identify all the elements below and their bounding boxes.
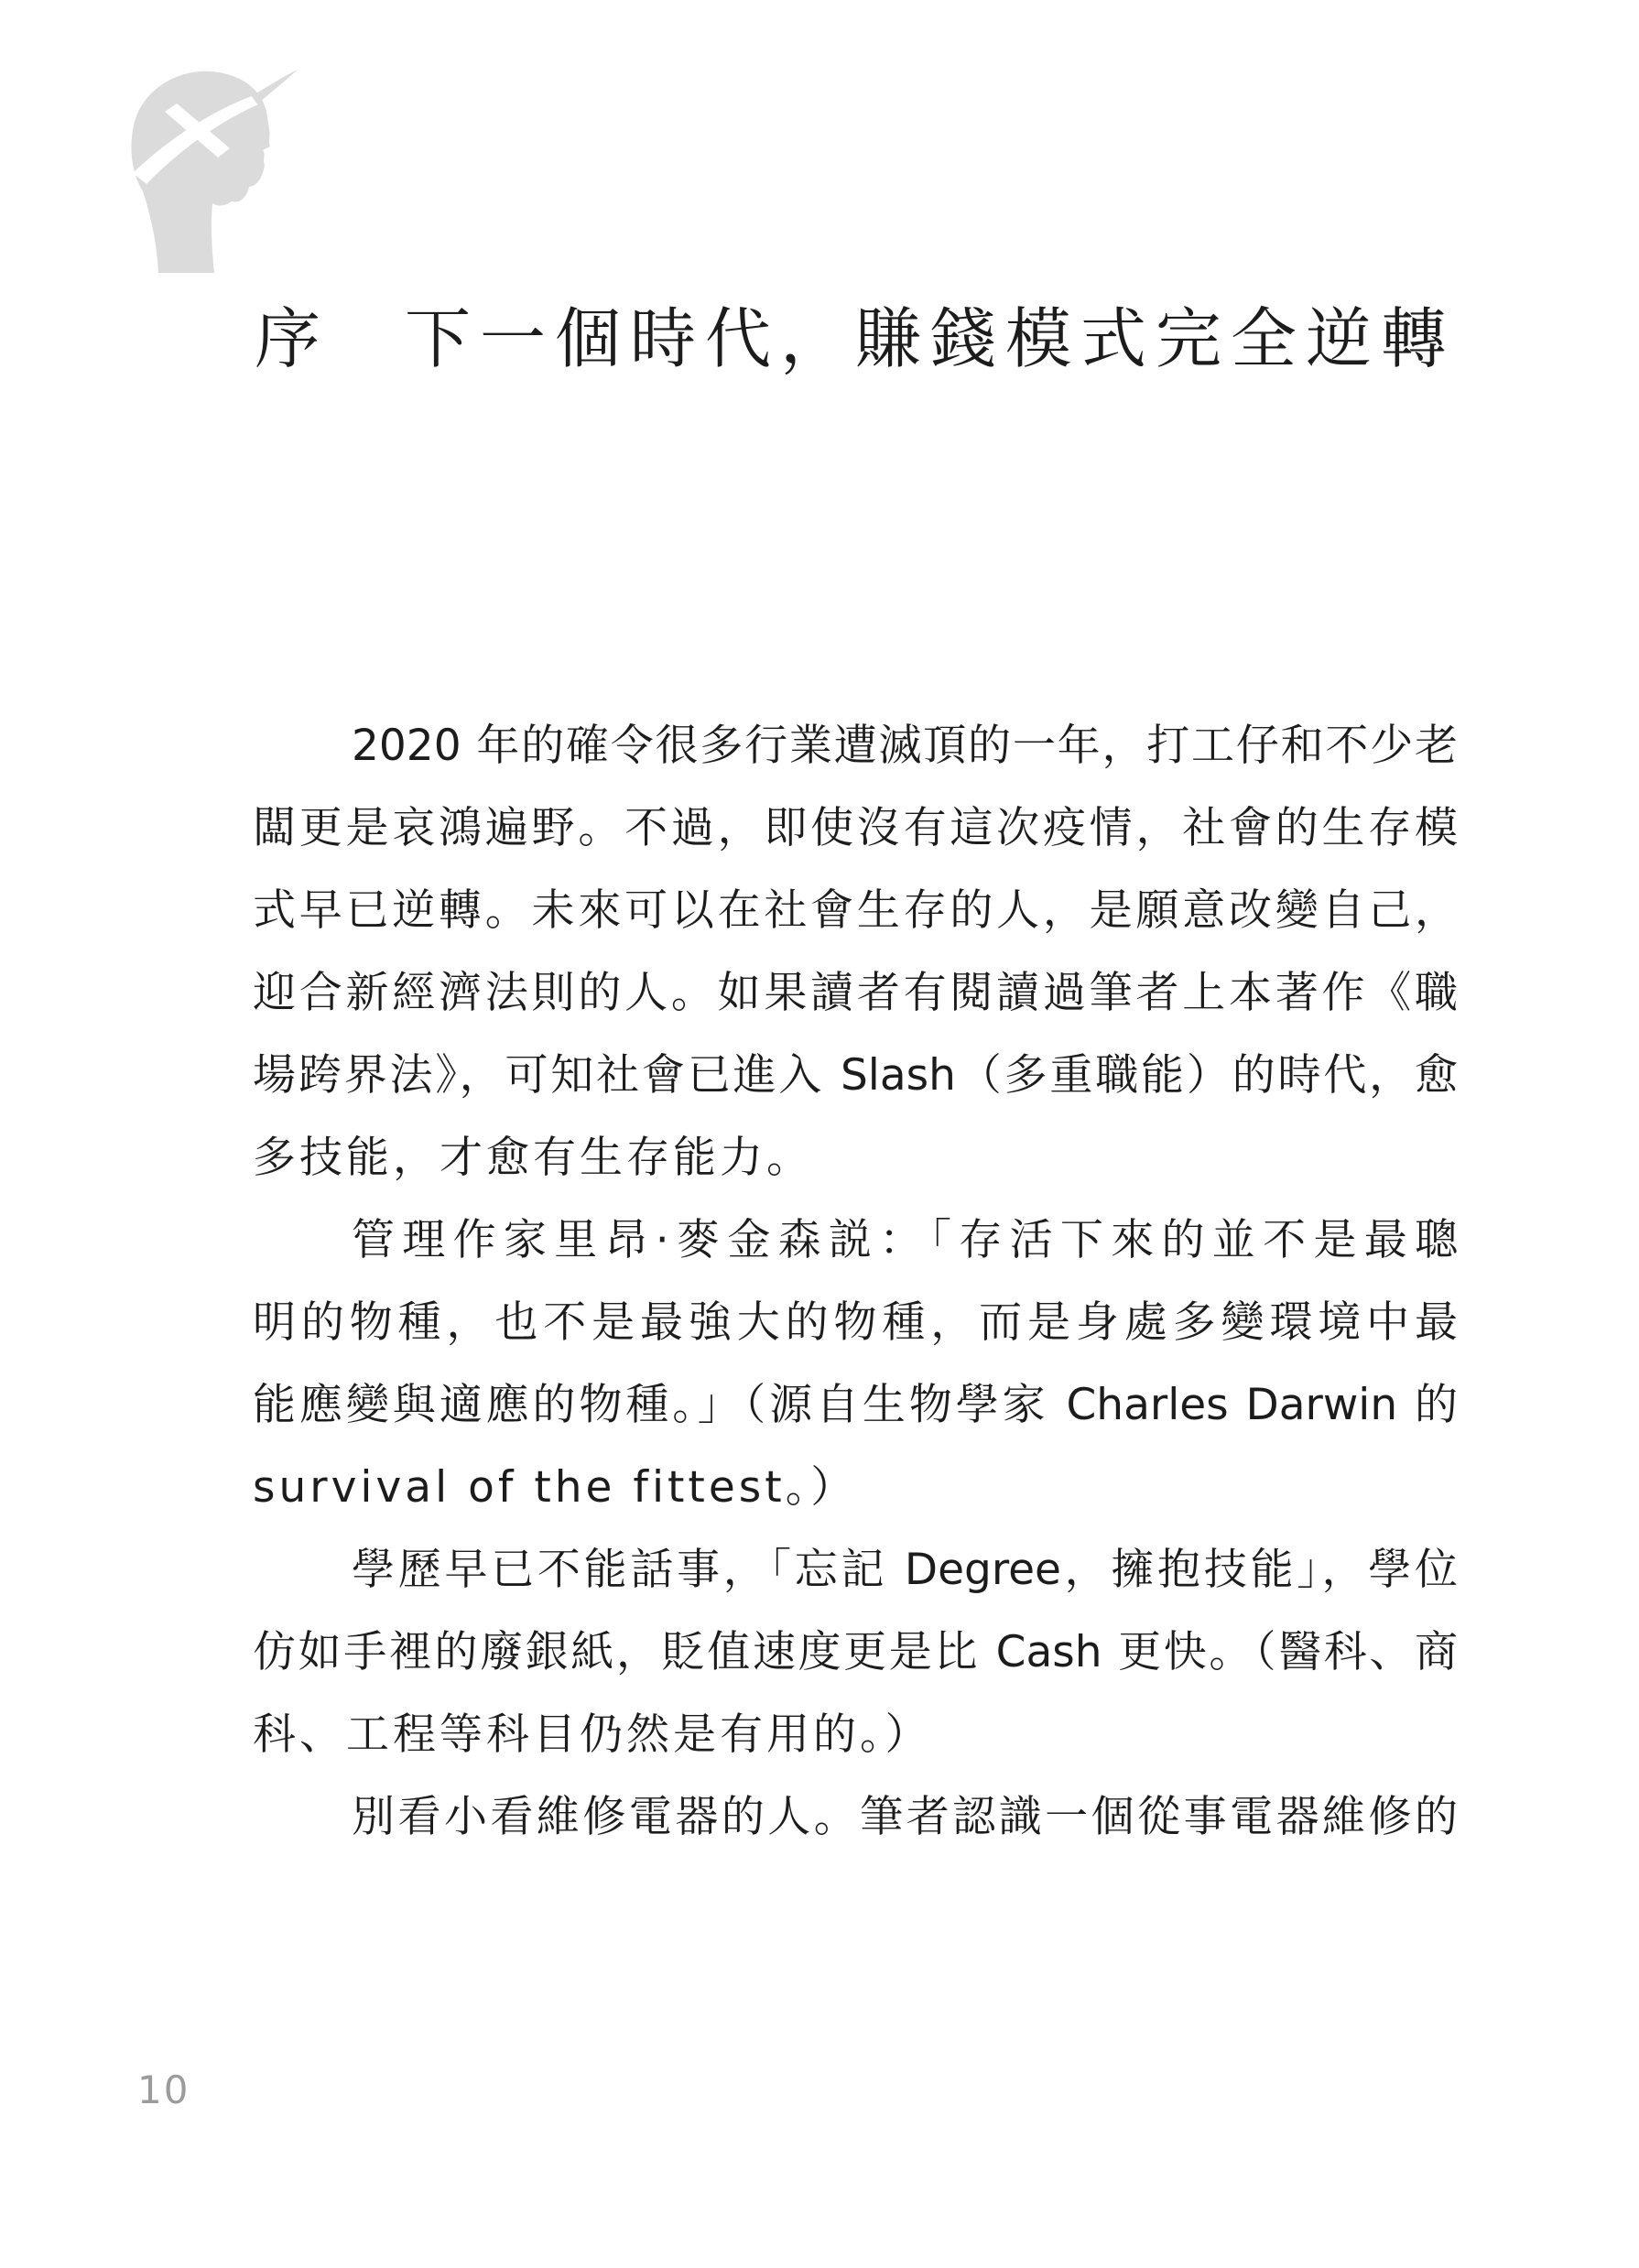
text-line: survival of the fittest。） (253, 1447, 1458, 1529)
book-page: 序 下一個時代，賺錢模式完全逆轉 2020 年的確令很多行業遭滅頂的一年，打工仔… (0, 0, 1639, 2268)
watermark-logo (122, 66, 305, 273)
text-line: 能應變與適應的物種。」（源自生物學家 Charles Darwin 的 (253, 1364, 1458, 1447)
text-line: 管理作家里昂·麥金森説：「存活下來的並不是最聰 (253, 1199, 1458, 1282)
text-line: 學歷早已不能話事，「忘記 Degree，擁抱技能」，學位 (253, 1529, 1458, 1611)
page-number: 10 (137, 2067, 190, 2112)
text-line: 仿如手裡的廢銀紙，貶值速度更是比 Cash 更快。（醫科、商 (253, 1611, 1458, 1694)
text-line: 多技能，才愈有生存能力。 (253, 1117, 1458, 1199)
body-text: 2020 年的確令很多行業遭滅頂的一年，打工仔和不少老闆更是哀鴻遍野。不過，即使… (253, 705, 1458, 1859)
text-line: 式早已逆轉。未來可以在社會生存的人，是願意改變自己， (253, 870, 1458, 952)
text-line: 迎合新經濟法則的人。如果讀者有閱讀過筆者上本著作《職 (253, 952, 1458, 1035)
chapter-title: 序 下一個時代，賺錢模式完全逆轉 (255, 286, 1456, 381)
text-line: 場跨界法》，可知社會已進入 Slash（多重職能）的時代，愈 (253, 1035, 1458, 1117)
author-head-feather-watermark-icon (122, 66, 305, 273)
text-line: 科、工程等科目仍然是有用的。） (253, 1694, 1458, 1776)
text-line: 2020 年的確令很多行業遭滅頂的一年，打工仔和不少老 (253, 705, 1458, 787)
text-line: 明的物種，也不是最強大的物種，而是身處多變環境中最 (253, 1282, 1458, 1364)
text-line: 闆更是哀鴻遍野。不過，即使沒有這次疫情，社會的生存模 (253, 787, 1458, 870)
text-line: 別看小看維修電器的人。筆者認識一個從事電器維修的 (253, 1776, 1458, 1859)
